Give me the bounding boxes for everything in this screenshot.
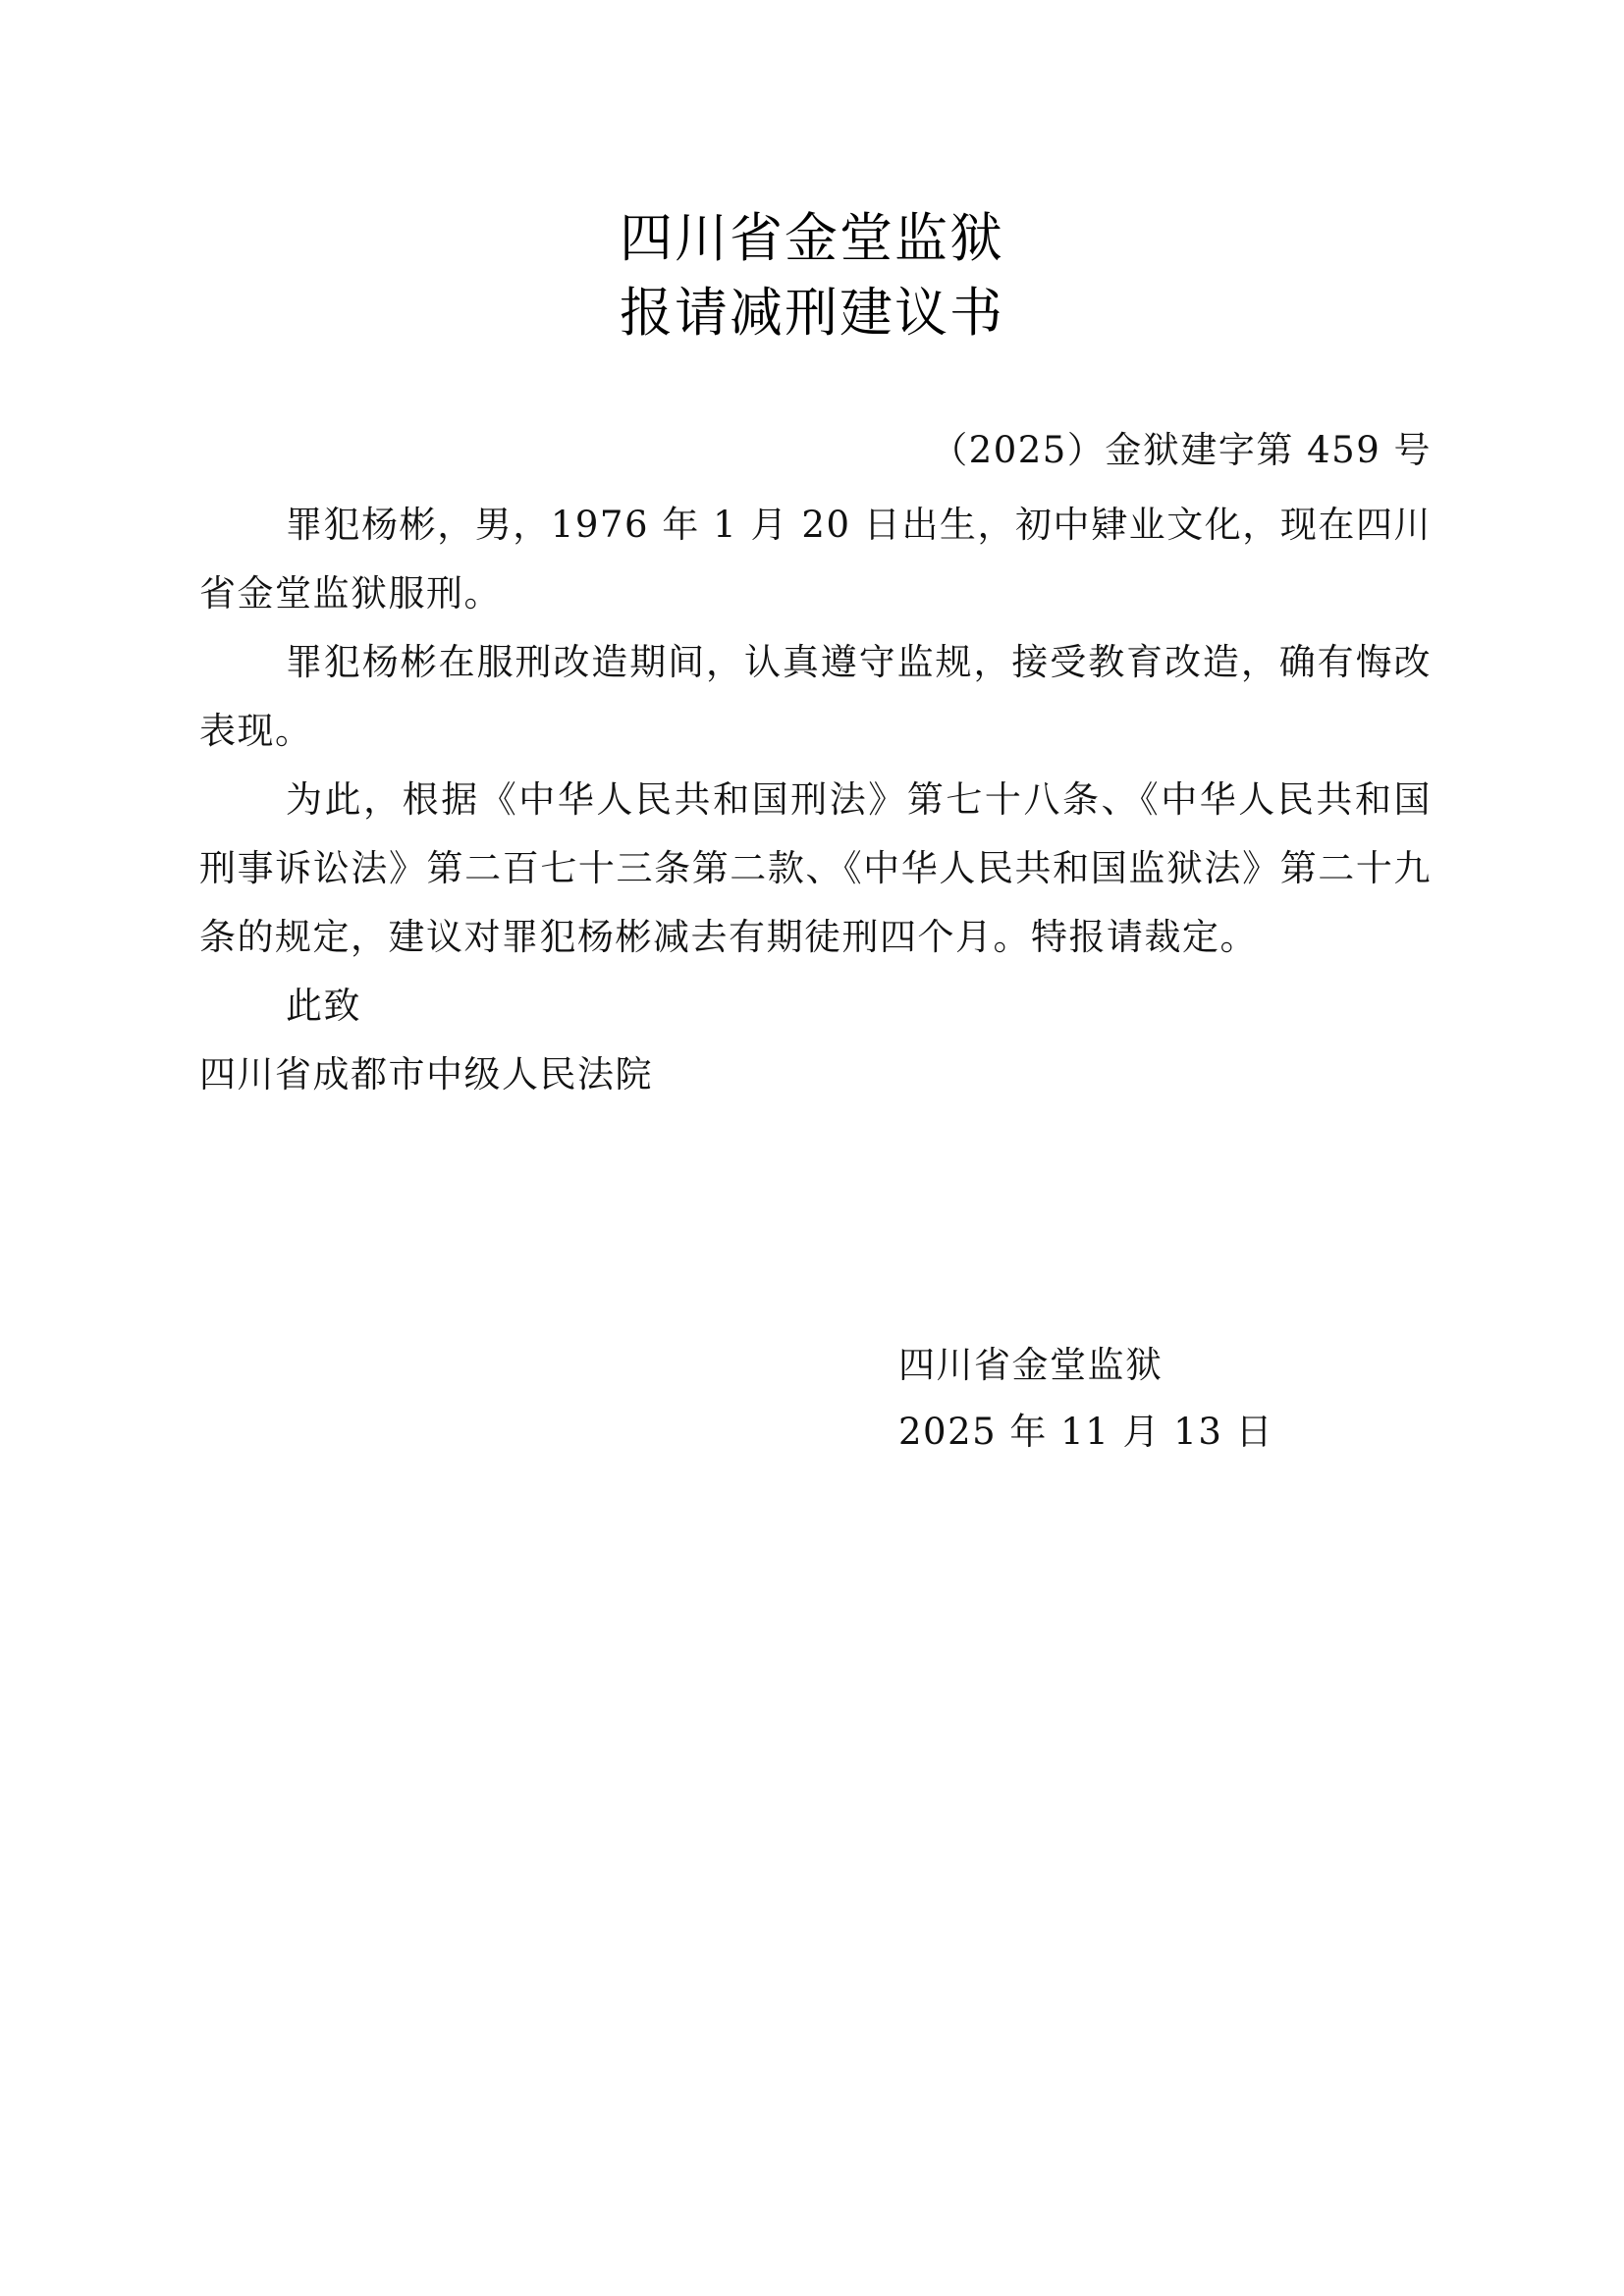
- recipient: 四川省成都市中级人民法院: [199, 1041, 1432, 1109]
- paragraph-personal-info: 罪犯杨彬，男，1976 年 1 月 20 日出生，初中肄业文化，现在四川省金堂监…: [199, 491, 1432, 628]
- signature-organization: 四川省金堂监狱: [898, 1335, 1164, 1388]
- document-body: 罪犯杨彬，男，1976 年 1 月 20 日出生，初中肄业文化，现在四川省金堂监…: [199, 491, 1432, 1109]
- signature-date: 2025 年 11 月 13 日: [898, 1402, 1273, 1455]
- document-title-line2: 报请减刑建议书: [0, 271, 1624, 347]
- paragraph-conduct: 罪犯杨彬在服刑改造期间，认真遵守监规，接受教育改造，确有悔改表现。: [199, 628, 1432, 766]
- paragraph-legal-basis: 为此，根据《中华人民共和国刑法》第七十八条、《中华人民共和国刑事诉讼法》第二百七…: [199, 766, 1432, 972]
- salutation: 此致: [199, 972, 1432, 1041]
- document-number: （2025）金狱建字第 459 号: [931, 420, 1432, 473]
- document-title-line1: 四川省金堂监狱: [0, 196, 1624, 272]
- document-page: 四川省金堂监狱 报请减刑建议书 （2025）金狱建字第 459 号 罪犯杨彬，男…: [0, 0, 1624, 2296]
